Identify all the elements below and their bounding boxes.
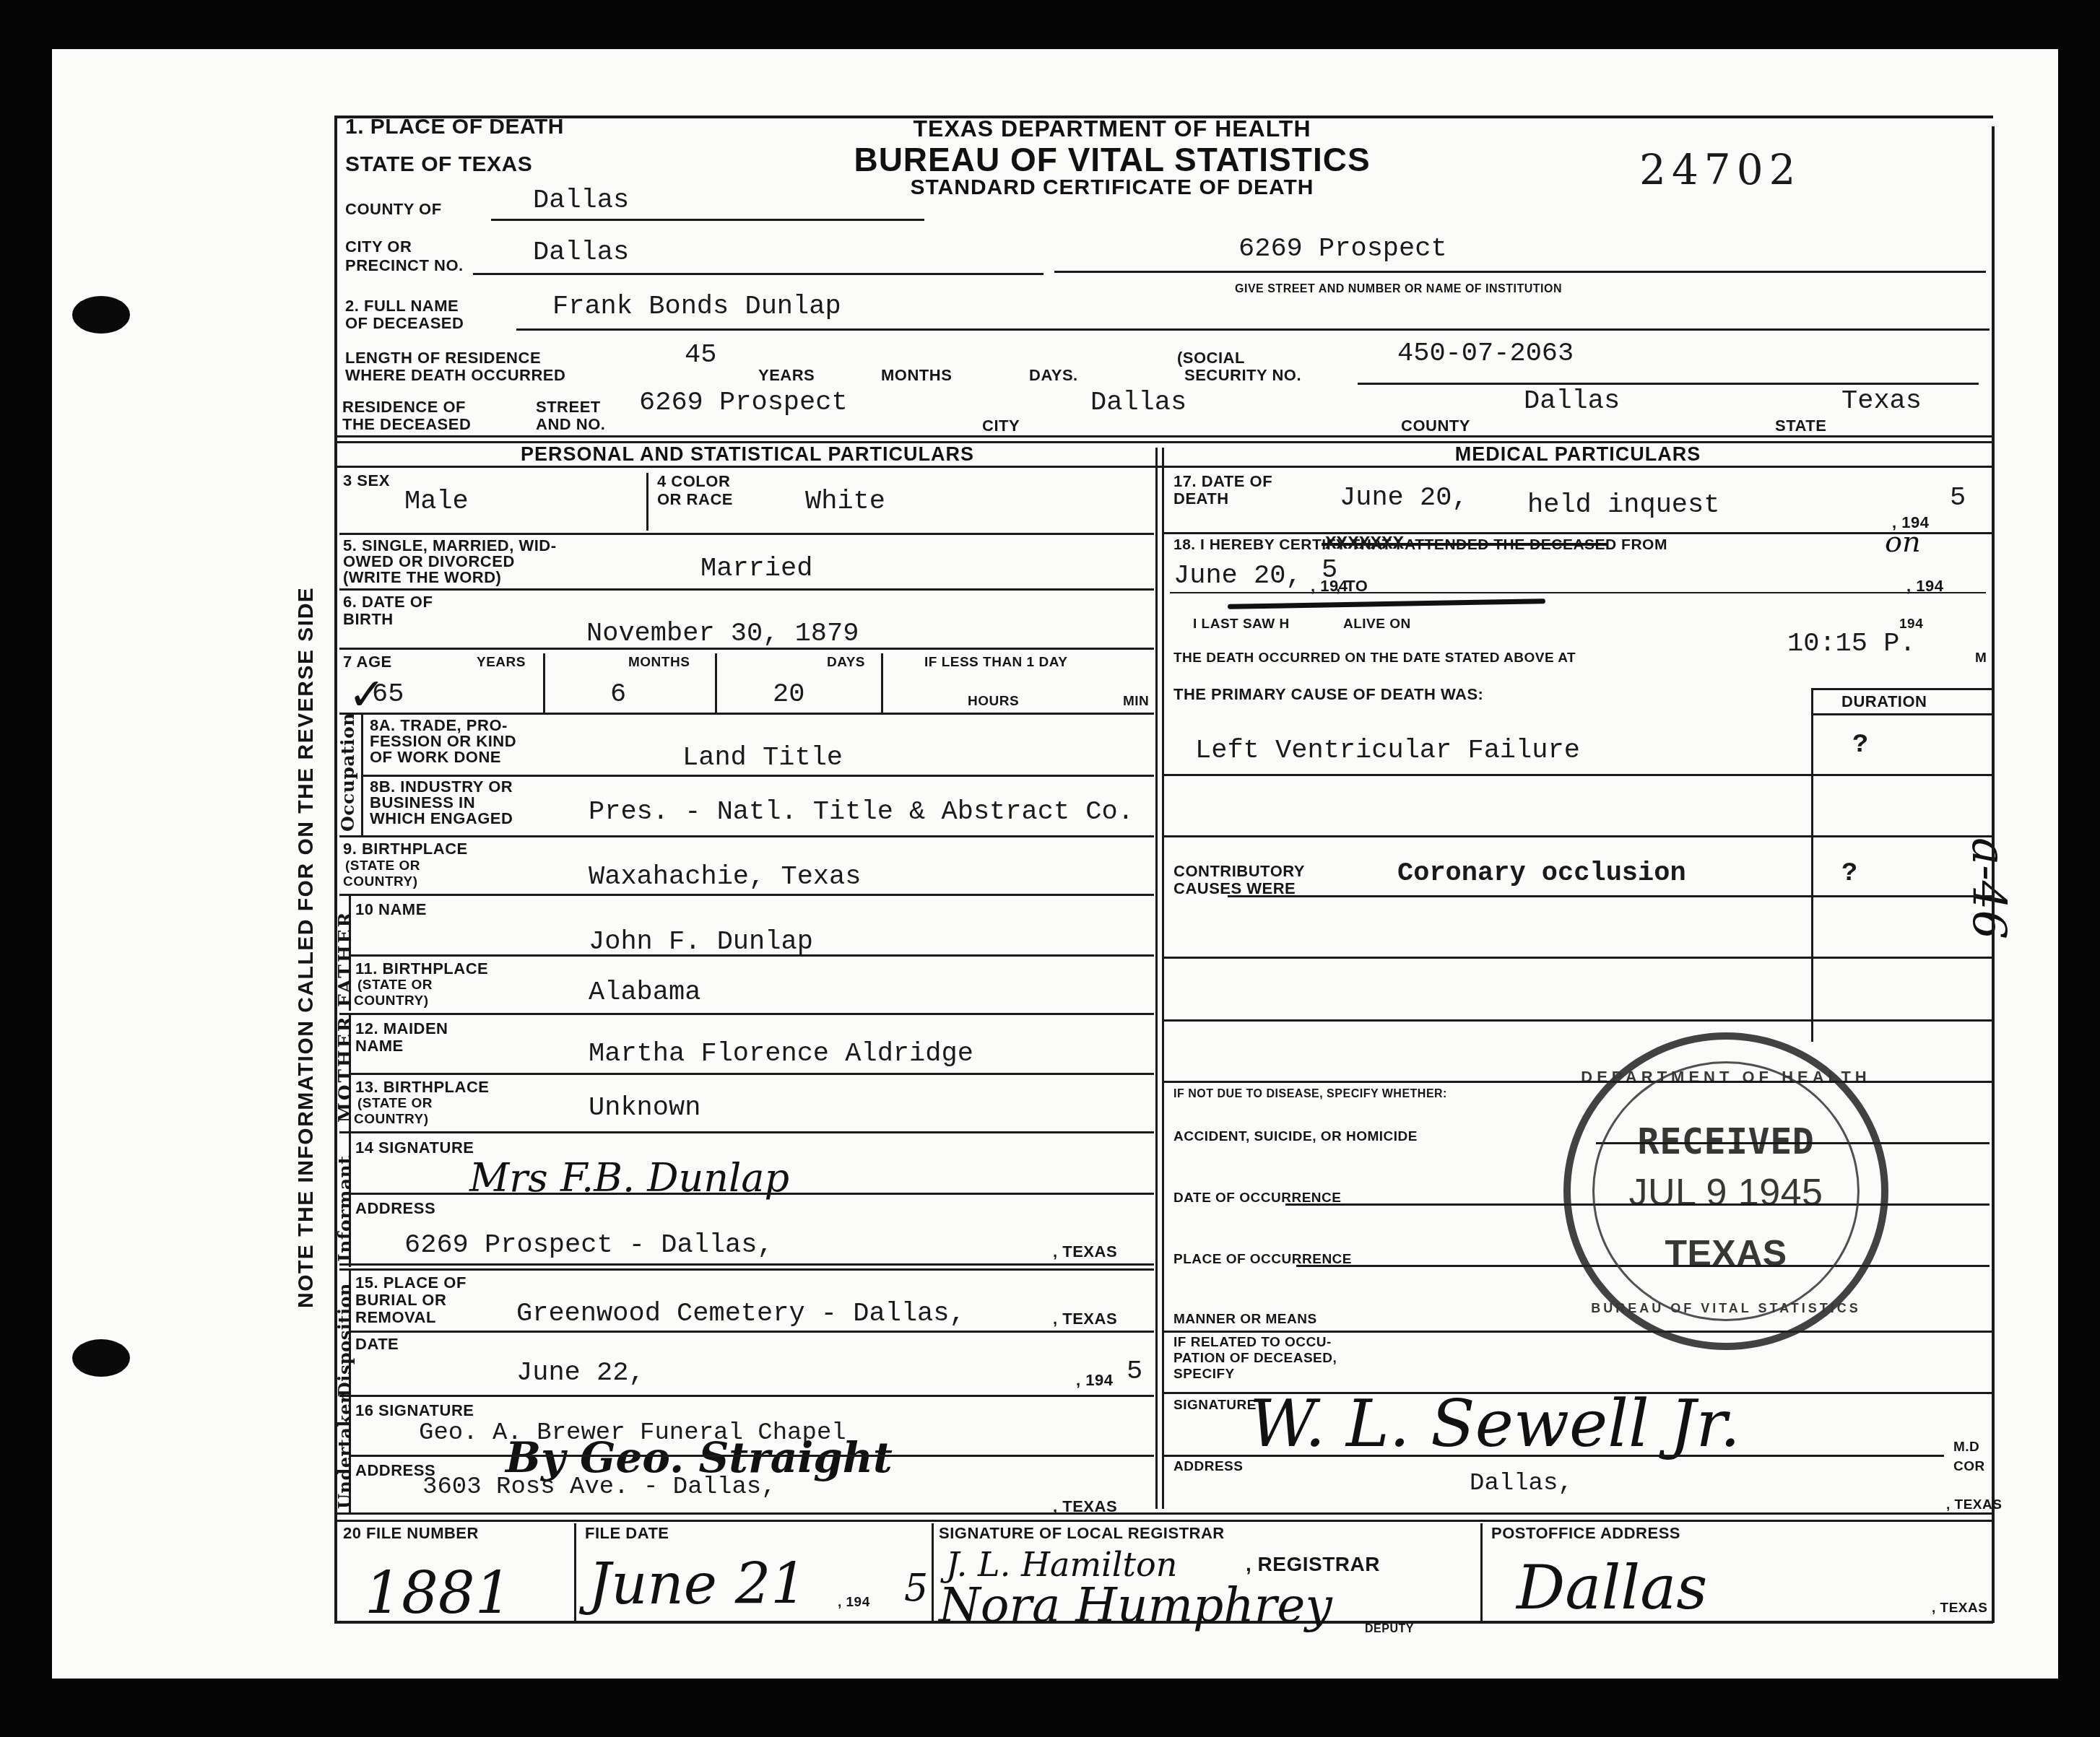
maiden-label-1: 12. MAIDEN bbox=[355, 1020, 448, 1037]
age-months-label: MONTHS bbox=[628, 656, 690, 670]
mother-birthplace-value: Unknown bbox=[589, 1094, 700, 1123]
file-year-digit: 5 bbox=[904, 1567, 928, 1610]
min-label: MIN bbox=[1123, 695, 1149, 709]
row-divider bbox=[339, 1395, 1154, 1397]
physician-state-suffix: , TEXAS bbox=[1946, 1498, 2002, 1512]
manner-label: MANNER OR MEANS bbox=[1173, 1312, 1317, 1327]
form-border-right bbox=[1992, 126, 1995, 1623]
dod-label-1: 17. DATE OF bbox=[1173, 473, 1272, 490]
residence-county-label: COUNTY bbox=[1401, 417, 1470, 435]
county-underline bbox=[491, 219, 924, 221]
physician-signature: W. L. Sewell Jr. bbox=[1249, 1386, 1740, 1462]
father-birthplace-label-3: COUNTRY) bbox=[354, 994, 429, 1009]
deputy-signature: Nora Humphrey bbox=[939, 1577, 1332, 1633]
registrar-suffix: , REGISTRAR bbox=[1246, 1556, 1380, 1573]
dod-label-2: DEATH bbox=[1173, 490, 1229, 508]
column-divider-a bbox=[1155, 448, 1158, 1509]
time-of-death-label: THE DEATH OCCURRED ON THE DATE STATED AB… bbox=[1173, 651, 1576, 666]
city-underline bbox=[473, 273, 1044, 275]
ssn-underline bbox=[1358, 383, 1979, 385]
months-label: MONTHS bbox=[881, 367, 952, 384]
trade-value: Land Title bbox=[682, 744, 843, 772]
row-divider bbox=[339, 1013, 1154, 1015]
residence-years-value: 45 bbox=[685, 341, 716, 370]
row-divider bbox=[1164, 774, 1992, 776]
burial-place-value: Greenwood Cemetery - Dallas, bbox=[516, 1300, 966, 1328]
age-less-than-day-label: IF LESS THAN 1 DAY bbox=[924, 656, 1067, 670]
birthplace-label-1: 9. BIRTHPLACE bbox=[343, 840, 468, 858]
medical-section-title: MEDICAL PARTICULARS bbox=[1166, 443, 1990, 466]
margin-note: NOTE THE INFORMATION CALLED FOR ON THE R… bbox=[298, 587, 315, 1308]
occupation-side-label: Occupation bbox=[339, 713, 357, 832]
place-of-death-label: 1. PLACE OF DEATH bbox=[345, 116, 564, 139]
residence-state-value: Texas bbox=[1841, 387, 1922, 416]
age-days-value: 20 bbox=[773, 680, 804, 709]
dob-label-1: 6. DATE OF bbox=[343, 593, 433, 611]
date-of-death-value: June 20, bbox=[1340, 484, 1468, 513]
certify-initials: on bbox=[1885, 526, 1921, 559]
state-of-texas-label: STATE OF TEXAS bbox=[345, 153, 532, 176]
county-label: COUNTY OF bbox=[345, 201, 442, 218]
row-divider bbox=[339, 648, 1154, 650]
residence-divider-1 bbox=[334, 435, 1993, 437]
full-name-label-2: OF DECEASED bbox=[345, 315, 464, 332]
postoffice-label: POSTOFFICE ADDRESS bbox=[1491, 1525, 1680, 1542]
informant-signature-label: 14 SIGNATURE bbox=[355, 1139, 474, 1157]
mother-maiden-name-value: Martha Florence Aldridge bbox=[589, 1040, 973, 1068]
department-title: TEXAS DEPARTMENT OF HEALTH bbox=[830, 116, 1394, 142]
industry-value: Pres. - Natl. Title & Abstract Co. bbox=[589, 798, 1134, 827]
registrar-label: SIGNATURE OF LOCAL REGISTRAR bbox=[939, 1525, 1225, 1542]
years-label: YEARS bbox=[758, 367, 815, 384]
father-birthplace-label-1: 11. BIRTHPLACE bbox=[355, 960, 488, 978]
row-divider bbox=[339, 1263, 1154, 1266]
row-divider bbox=[350, 1331, 1154, 1333]
file-number-value: 1881 bbox=[365, 1559, 512, 1627]
row-divider bbox=[339, 713, 1154, 715]
burial-state-suffix: , TEXAS bbox=[1053, 1310, 1117, 1328]
md-label: M.D bbox=[1953, 1440, 1979, 1455]
physician-signature-label: SIGNATURE bbox=[1173, 1398, 1257, 1413]
row-divider bbox=[339, 1268, 1154, 1271]
age-divider bbox=[715, 653, 717, 715]
informant-address-value: 6269 Prospect - Dallas, bbox=[404, 1231, 773, 1260]
ssn-value: 450-07-2063 bbox=[1397, 339, 1574, 368]
death-street-value: 6269 Prospect bbox=[1238, 235, 1447, 264]
residence-state-label: STATE bbox=[1775, 417, 1826, 435]
duration-divider bbox=[1811, 688, 1813, 1042]
row-divider bbox=[339, 894, 1154, 896]
age-years-value: 65 bbox=[372, 680, 404, 709]
postoffice-value: Dallas bbox=[1517, 1552, 1707, 1623]
residence-label-1: RESIDENCE OF bbox=[342, 399, 466, 416]
primary-duration-value: ? bbox=[1852, 731, 1868, 759]
father-birthplace-label-2: (STATE OR bbox=[357, 978, 433, 993]
stamp-top-text: DEPARTMENT OF HEALTH bbox=[1571, 1068, 1881, 1086]
residence-city-value: Dallas bbox=[1090, 388, 1186, 417]
received-stamp: DEPARTMENT OF HEALTH RECEIVED JUL 9 1945… bbox=[1563, 1032, 1888, 1350]
informant-state-suffix: , TEXAS bbox=[1053, 1243, 1117, 1261]
date-of-birth-value: November 30, 1879 bbox=[586, 619, 859, 648]
footer-divider-1 bbox=[334, 1512, 1993, 1515]
stamp-state: TEXAS bbox=[1571, 1235, 1881, 1272]
father-name-value: John F. Dunlap bbox=[589, 928, 813, 957]
age-divider bbox=[881, 653, 883, 715]
row-divider bbox=[350, 954, 1154, 957]
ssn-label-1: (SOCIAL bbox=[1177, 349, 1245, 367]
mother-side-label: MOTHER bbox=[337, 1014, 354, 1123]
residence-county-value: Dallas bbox=[1524, 387, 1620, 416]
occupation-related-label-2: PATION OF DECEASED, bbox=[1173, 1351, 1337, 1366]
residence-length-label-2: WHERE DEATH OCCURRED bbox=[345, 367, 565, 384]
deputy-label: DEPUTY bbox=[1365, 1623, 1414, 1635]
row-divider bbox=[339, 835, 1154, 837]
father-side-label: FATHER bbox=[337, 910, 354, 1007]
residence-length-label-1: LENGTH OF RESIDENCE bbox=[345, 349, 541, 367]
marital-label-3: (WRITE THE WORD) bbox=[343, 569, 501, 586]
attended-underline bbox=[1170, 592, 1986, 593]
street-label-1: STREET bbox=[536, 399, 601, 416]
row-divider bbox=[1164, 1019, 1992, 1022]
street-underline bbox=[1054, 271, 1986, 273]
age-divider bbox=[543, 653, 545, 715]
mother-birthplace-label-3: COUNTRY) bbox=[354, 1113, 429, 1127]
undertaker-signature-label: 16 SIGNATURE bbox=[355, 1402, 474, 1419]
time-of-death-value: 10:15 P. bbox=[1787, 630, 1916, 658]
row-divider bbox=[339, 1131, 1154, 1133]
age-months-value: 6 bbox=[610, 680, 626, 709]
race-label-1: 4 COLOR bbox=[657, 473, 730, 490]
file-year-prefix: , 194 bbox=[838, 1595, 870, 1610]
row-divider bbox=[1164, 957, 1992, 959]
burial-label-3: REMOVAL bbox=[355, 1309, 436, 1326]
certify-strike-marks: XXXXXXX bbox=[1325, 529, 1404, 558]
last-saw-label: I LAST SAW H bbox=[1193, 617, 1290, 632]
burial-year-digit: 5 bbox=[1127, 1357, 1142, 1386]
residence-label-2: THE DECEASED bbox=[342, 416, 471, 433]
row-divider bbox=[350, 1193, 1154, 1195]
duration-label: DURATION bbox=[1841, 693, 1927, 710]
row-divider bbox=[1164, 835, 1992, 837]
alive-on-label: ALIVE ON bbox=[1343, 617, 1411, 632]
birthplace-label-2: (STATE OR bbox=[345, 859, 420, 874]
accident-label: ACCIDENT, SUICIDE, OR HOMICIDE bbox=[1173, 1130, 1418, 1144]
punch-hole-top bbox=[72, 296, 130, 334]
stamp-received: RECEIVED bbox=[1571, 1123, 1881, 1160]
street-caption: GIVE STREET AND NUMBER OR NAME OF INSTIT… bbox=[1235, 283, 1562, 295]
row-divider bbox=[363, 775, 1154, 777]
age-years-label: YEARS bbox=[477, 656, 526, 670]
maiden-label-2: NAME bbox=[355, 1037, 404, 1055]
undertaker-address-value: 3603 Ross Ave. - Dallas, bbox=[422, 1473, 776, 1502]
full-name-label-1: 2. FULL NAME bbox=[345, 297, 459, 315]
row-divider bbox=[339, 533, 1154, 535]
dob-label-2: BIRTH bbox=[343, 611, 394, 628]
physician-address-label: ADDRESS bbox=[1173, 1460, 1243, 1474]
postoffice-state-suffix: , TEXAS bbox=[1932, 1601, 1987, 1616]
father-birthplace-value: Alabama bbox=[589, 978, 700, 1007]
row-divider bbox=[1164, 1455, 1944, 1457]
contributory-label-1: CONTRIBUTORY bbox=[1173, 863, 1305, 880]
column-divider-b bbox=[1162, 448, 1164, 1509]
hours-label: HOURS bbox=[968, 695, 1019, 709]
sex-label: 3 SEX bbox=[343, 472, 390, 489]
burial-year-prefix: , 194 bbox=[1076, 1372, 1113, 1389]
city-value: Dallas bbox=[533, 238, 629, 267]
trade-label-3: OF WORK DONE bbox=[370, 749, 501, 766]
informant-side-label: Informant bbox=[337, 1156, 354, 1262]
residence-city-label: CITY bbox=[982, 417, 1020, 435]
dod-year-digit: 5 bbox=[1950, 484, 1966, 513]
row-divider bbox=[1164, 532, 1992, 534]
city-label-1: CITY OR bbox=[345, 238, 412, 256]
undertaker-side-label: Undertaker bbox=[337, 1394, 354, 1509]
mother-birthplace-label-2: (STATE OR bbox=[357, 1097, 433, 1111]
stamp-date: JUL 9 1945 bbox=[1571, 1173, 1881, 1212]
burial-label-1: 15. PLACE OF bbox=[355, 1274, 467, 1292]
burial-date-value: June 22, bbox=[516, 1359, 645, 1388]
physician-address-value: Dallas, bbox=[1470, 1469, 1573, 1498]
file-number-label: 20 FILE NUMBER bbox=[343, 1525, 479, 1542]
footer-col-divider bbox=[1480, 1523, 1483, 1621]
footer-col-divider bbox=[932, 1523, 934, 1621]
cor-label: COR bbox=[1953, 1460, 1985, 1474]
time-suffix: M bbox=[1975, 651, 1987, 666]
attended-year-digit: 5 bbox=[1322, 556, 1337, 585]
father-name-label: 10 NAME bbox=[355, 901, 427, 918]
age-days-label: DAYS bbox=[827, 656, 865, 670]
primary-cause-value: Left Ventricular Failure bbox=[1195, 736, 1580, 765]
county-value: Dallas bbox=[533, 186, 629, 215]
personal-section-title: PERSONAL AND STATISTICAL PARTICULARS bbox=[339, 443, 1155, 466]
race-value: White bbox=[805, 487, 885, 516]
burial-date-label: DATE bbox=[355, 1336, 399, 1353]
street-label-2: AND NO. bbox=[536, 416, 605, 433]
sex-value: Male bbox=[404, 487, 469, 516]
certificate-title: STANDARD CERTIFICATE OF DEATH bbox=[830, 177, 1394, 199]
duration-header-line bbox=[1813, 713, 1992, 715]
duration-top-line bbox=[1813, 688, 1992, 690]
sex-race-divider bbox=[646, 473, 648, 531]
deceased-full-name: Frank Bonds Dunlap bbox=[552, 292, 841, 321]
mother-birthplace-label-1: 13. BIRTHPLACE bbox=[355, 1079, 489, 1096]
race-label-2: OR RACE bbox=[657, 491, 733, 508]
file-date-label: FILE DATE bbox=[585, 1525, 669, 1542]
row-divider bbox=[339, 588, 1154, 591]
burial-label-2: BURIAL OR bbox=[355, 1292, 446, 1309]
row-divider bbox=[350, 1073, 1154, 1075]
occupation-related-label-3: SPECIFY bbox=[1173, 1367, 1235, 1382]
birthplace-value: Waxahachie, Texas bbox=[589, 863, 861, 892]
row-divider bbox=[1164, 1331, 1992, 1333]
marital-status-value: Married bbox=[700, 554, 812, 583]
inquest-note: held inquest bbox=[1527, 491, 1719, 520]
row-divider bbox=[350, 1455, 1154, 1457]
margin-handwritten-note: a-46 bbox=[1961, 837, 2015, 939]
primary-cause-label: THE PRIMARY CAUSE OF DEATH WAS: bbox=[1173, 686, 1483, 703]
attended-from-value: June 20, bbox=[1173, 562, 1302, 591]
footer-divider-2 bbox=[334, 1520, 1993, 1522]
residence-street-value: 6269 Prospect bbox=[639, 388, 848, 417]
bureau-title: BUREAU OF VITAL STATISTICS bbox=[830, 142, 1394, 177]
stamp-bottom-text: BUREAU OF VITAL STATISTICS bbox=[1571, 1300, 1881, 1317]
header-block: TEXAS DEPARTMENT OF HEALTH BUREAU OF VIT… bbox=[830, 116, 1394, 199]
occupation-related-label-1: IF RELATED TO OCCU- bbox=[1173, 1336, 1332, 1350]
contributory-duration-value: ? bbox=[1841, 859, 1857, 888]
contributory-cause-value: Coronary occlusion bbox=[1397, 859, 1686, 888]
informant-address-label: ADDRESS bbox=[355, 1200, 435, 1217]
name-underline bbox=[516, 328, 1990, 331]
row-divider bbox=[1228, 895, 1992, 897]
certificate-number: 24702 bbox=[1639, 155, 1802, 184]
file-date-value: June 21 bbox=[589, 1552, 807, 1617]
footer-col-divider bbox=[574, 1523, 576, 1621]
punch-hole-bottom bbox=[72, 1339, 130, 1377]
days-label: DAYS. bbox=[1029, 367, 1078, 384]
ssn-label-2: SECURITY NO. bbox=[1184, 367, 1301, 384]
disposition-side-label: Disposition bbox=[337, 1283, 354, 1397]
not-disease-label: IF NOT DUE TO DISEASE, SPECIFY WHETHER: bbox=[1173, 1088, 1447, 1100]
industry-label-3: WHICH ENGAGED bbox=[370, 810, 513, 827]
city-label-2: PRECINCT NO. bbox=[345, 257, 464, 274]
birthplace-label-3: COUNTRY) bbox=[343, 875, 418, 889]
